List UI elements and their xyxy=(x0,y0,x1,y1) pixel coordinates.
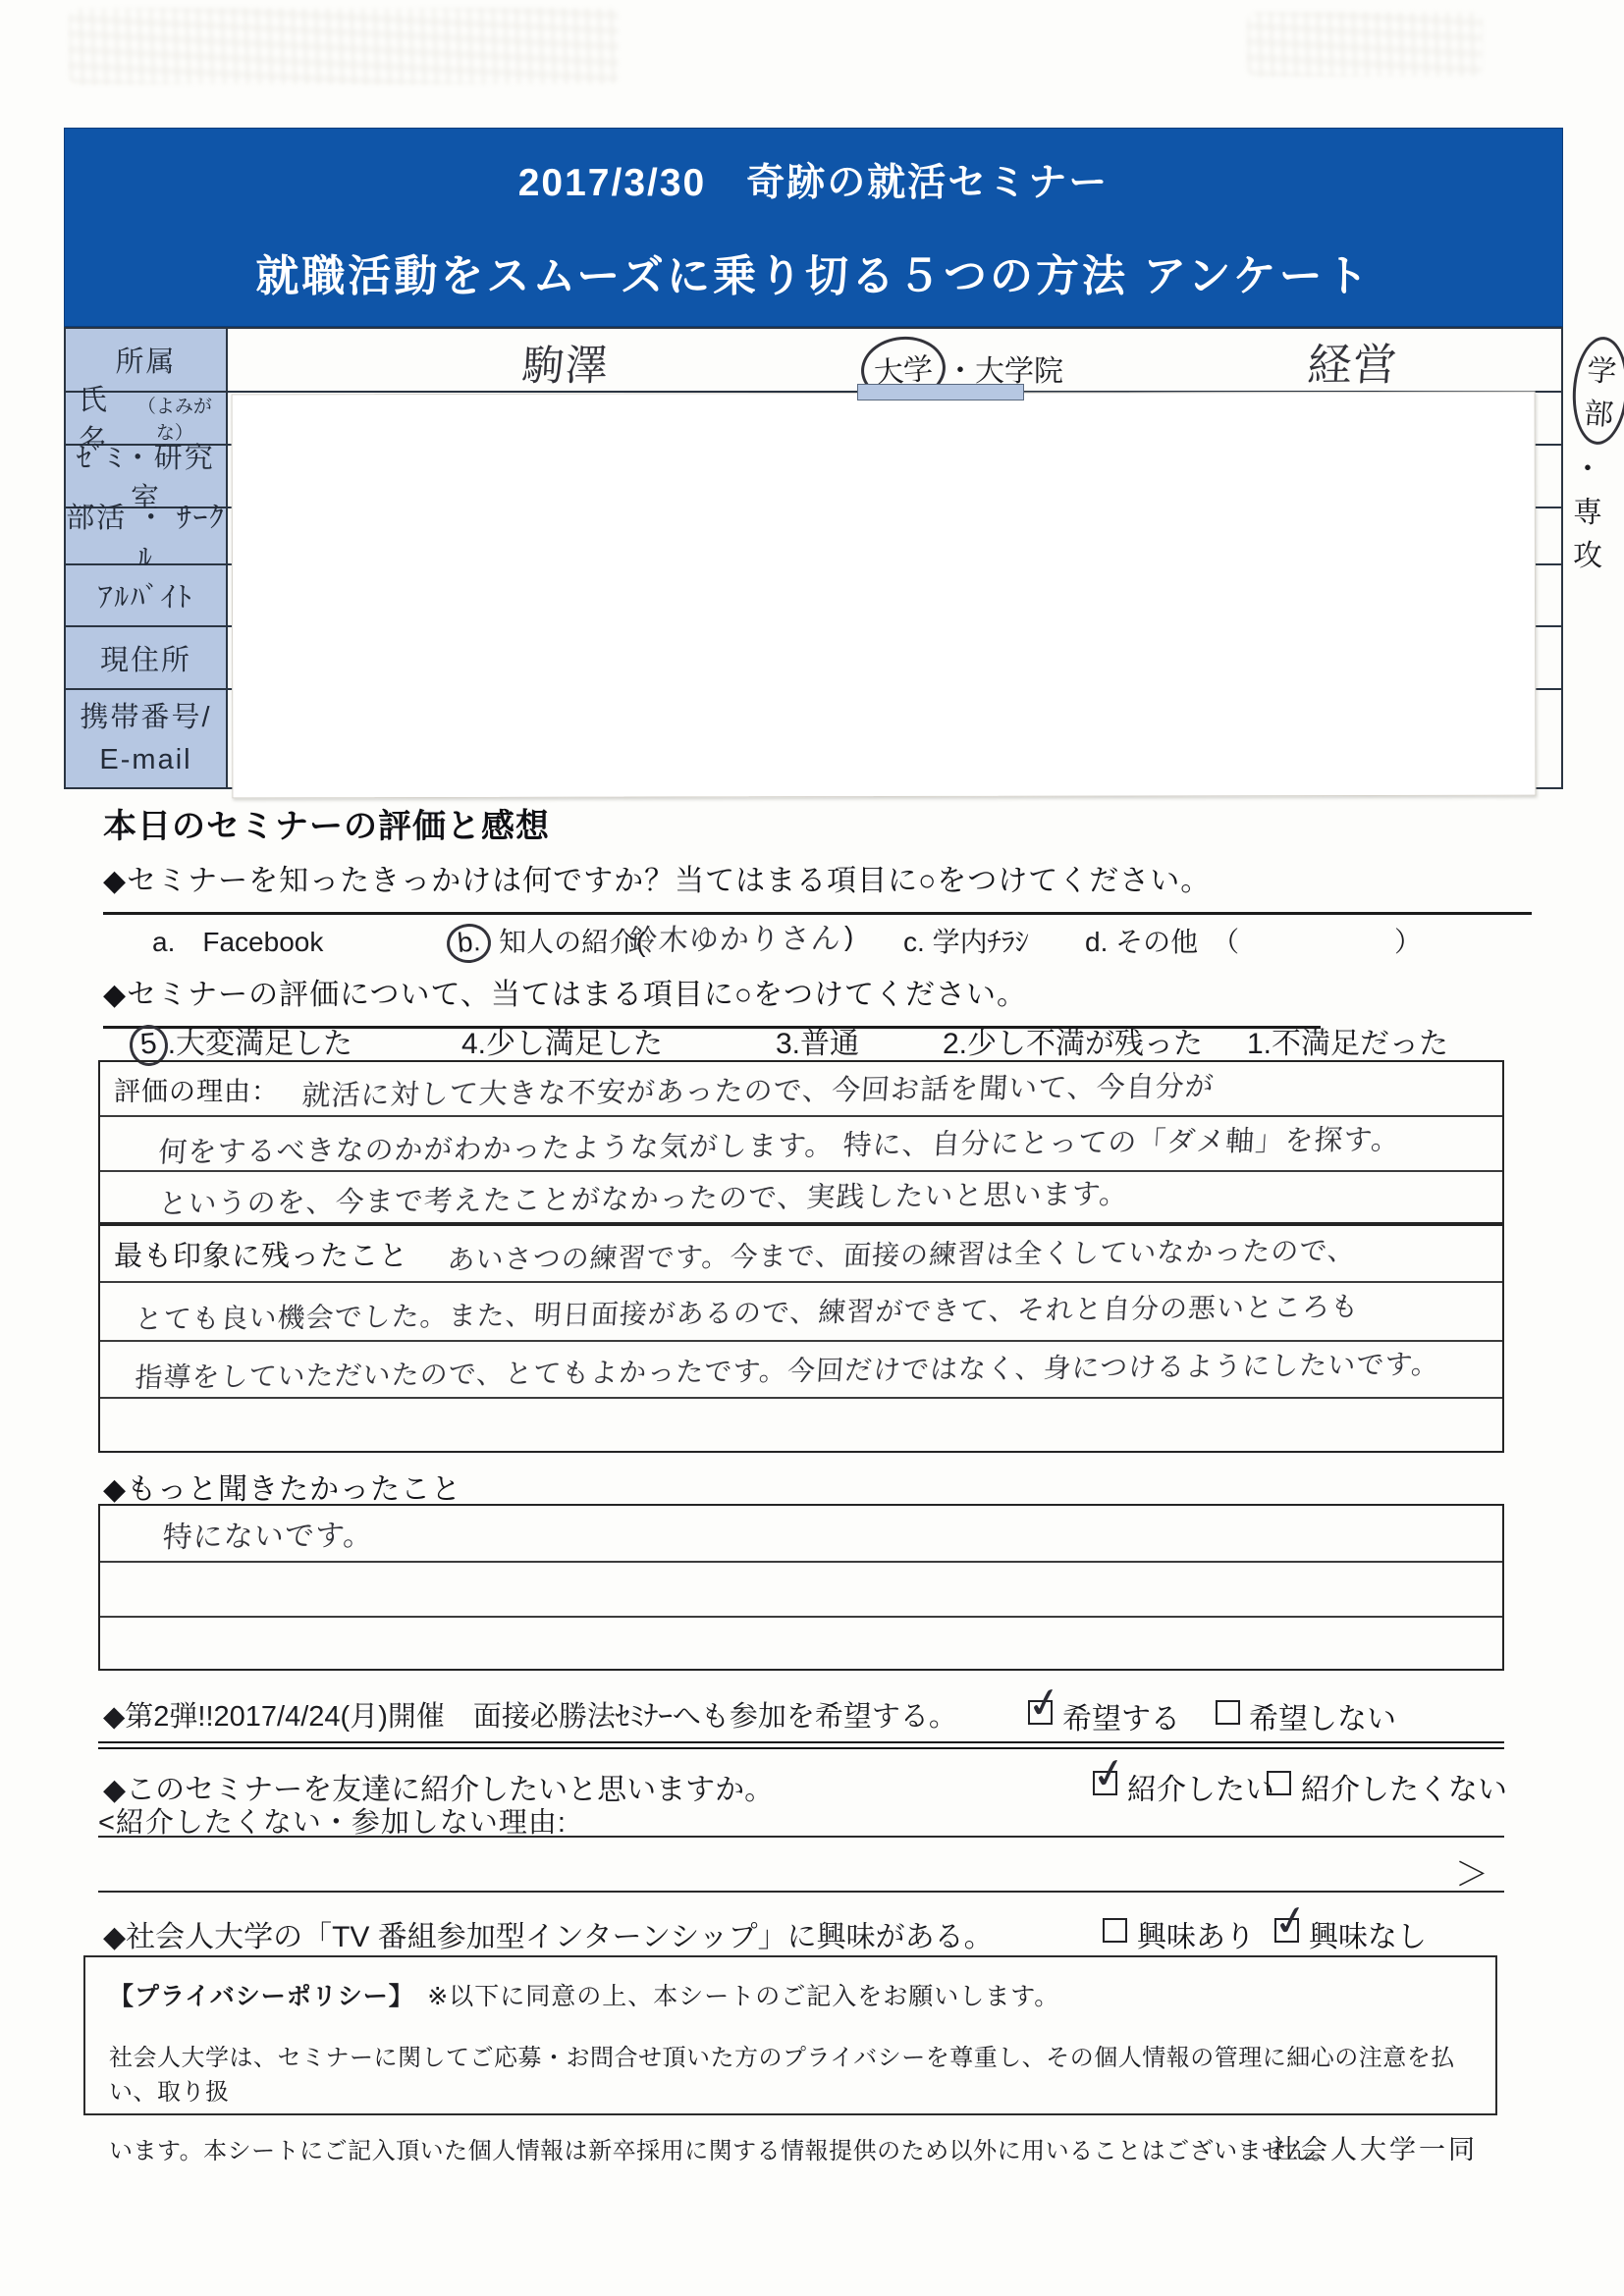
decline-reason-line-1 xyxy=(98,1836,1504,1838)
handwritten-impression-3: 指導をしていただいたので、とてもよかったです。今回だけではなく、身につけるように… xyxy=(134,1343,1440,1396)
option-b: b. 知人の紹介( xyxy=(447,921,645,963)
privacy-body-1: 社会人大学は、セミナーに関してご応募・お問合せ頂いた方のプライバシーを尊重し、そ… xyxy=(109,2038,1472,2107)
impression-label: 最も印象に残ったこと xyxy=(100,1234,408,1274)
table-cell-fragment xyxy=(857,384,1024,400)
table-row-affiliation: 所属 駒澤 大学・大学院 経営 学部・専攻 xyxy=(66,329,1561,393)
participate-no-label: 希望しない xyxy=(1249,1694,1396,1737)
feedback-section-heading: 本日のセミナーの評価と感想 xyxy=(103,799,550,847)
option-a: a. Facebook xyxy=(152,921,323,960)
impression-row-1: 最も印象に残ったこと あいさつの練習です。今まで、面接の練習は全くしていなかった… xyxy=(100,1226,1502,1283)
checkbox-interest-yes xyxy=(1103,1918,1127,1943)
scan-bleed-artifact xyxy=(69,8,619,84)
hand-circle-dept: 学部 xyxy=(1569,335,1624,447)
checkbox-referral-yes: ✓ xyxy=(1093,1771,1117,1795)
privacy-title: 【プライバシーポリシー】 xyxy=(109,1983,402,2010)
handwritten-university: 駒澤 xyxy=(520,333,611,394)
option-b-close: ) xyxy=(844,921,853,952)
handwritten-arrow: ＞ xyxy=(1455,1847,1489,1896)
second-seminar-prompt: ◆第2弾!!2017/4/24(月)開催 面接必勝法ｾﾐﾅｰへも参加を希望する。 xyxy=(103,1694,957,1735)
questionnaire-subtitle: 就職活動をスムーズに乗り切る５つの方法 アンケート xyxy=(65,240,1562,303)
option-d-close: ） xyxy=(1394,921,1422,960)
scale-3: 3.普通 xyxy=(776,1019,859,1062)
impression-row-2: とても良い機会でした。また、明日面接があるので、練習ができて、それと自分の悪いと… xyxy=(100,1283,1502,1342)
seminar-title: 2017/3/30 奇跡の就活セミナー xyxy=(65,152,1562,207)
interest-no-label: 興味なし xyxy=(1309,1912,1427,1955)
q-source-prompt: ◆セミナーを知ったきっかけは何ですか？当てはまる項目に○をつけてください。 xyxy=(103,856,1532,915)
reason-row-2: 何をするべきなのかがわかったような気がします。 特に、自分にとっての「ダメ軸」を… xyxy=(100,1117,1502,1172)
checkbox-referral-no xyxy=(1267,1771,1291,1795)
second-seminar-line: ◆第2弾!!2017/4/24(月)開催 面接必勝法ｾﾐﾅｰへも参加を希望する。… xyxy=(0,1694,1624,1739)
reason-row-3: というのを、今まで考えたことがなかったので、実践したいと思います。 xyxy=(100,1172,1502,1222)
scale-4: 4.少し満足した xyxy=(461,1019,663,1062)
checkbox-interest-no: ✓ xyxy=(1274,1918,1299,1943)
handwritten-referrer-name: 鈴木ゆかりさん xyxy=(627,914,843,959)
check-mark-icon: ✓ xyxy=(1024,1680,1065,1726)
privacy-body-2: います。本シートにご記入頂いた個人情報は新卒採用に関する情報提供のため以外に用い… xyxy=(109,2131,1472,2165)
scanned-questionnaire-page: { "document": { "header": { "title": "20… xyxy=(0,0,1624,2296)
reason-label: 評価の理由： xyxy=(100,1070,279,1108)
impression-row-3: 指導をしていただいたので、とてもよかったです。今回だけではなく、身につけるように… xyxy=(100,1342,1502,1399)
reason-box: 評価の理由： 就活に対して大きな不安があったので、今回お話を聞いて、今自分が 何… xyxy=(98,1060,1504,1224)
option-d: d. その他 （ xyxy=(1085,921,1239,960)
checkbox-participate-no xyxy=(1216,1700,1240,1725)
handwritten-impression-1: あいさつの練習です。今まで、面接の練習は全くしていなかったので、 xyxy=(447,1229,1358,1278)
handwritten-impression-2: とても良い機会でした。また、明日面接があるので、練習ができて、それと自分の悪いと… xyxy=(134,1285,1360,1337)
scale-2: 2.少し不満が残った xyxy=(943,1019,1203,1062)
handwritten-reason-2: 何をするべきなのかがわかったような気がします。 特に、自分にとっての「ダメ軸」を… xyxy=(157,1117,1401,1170)
decline-reason-line-2 xyxy=(98,1891,1504,1893)
reason-row-1: 評価の理由： 就活に対して大きな不安があったので、今回お話を聞いて、今自分が xyxy=(100,1062,1502,1117)
dept-major-options: 学部・専攻 xyxy=(1573,337,1624,574)
affiliation-value: 駒澤 大学・大学院 経営 学部・専攻 xyxy=(228,329,1561,391)
handwritten-reason-3: というのを、今まで考えたことがなかったので、実践したいと思います。 xyxy=(157,1172,1129,1222)
decline-reason-label: <紹介したくない・参加しない理由: xyxy=(98,1800,567,1841)
more-questions-heading: ◆もっと聞きたかったこと xyxy=(103,1465,461,1508)
more-questions-box: 特にないです。 xyxy=(98,1504,1504,1671)
club-label: 部活 ・ ｻｰｸﾙ xyxy=(66,508,228,563)
privacy-title-line: 【プライバシーポリシー】 ※以下に同意の上、本シートのご記入をお願いします。 xyxy=(109,1977,1472,2012)
scan-bleed-artifact xyxy=(1247,12,1483,77)
privacy-policy-box: 【プライバシーポリシー】 ※以下に同意の上、本シートのご記入をお願いします。 社… xyxy=(83,1955,1497,2115)
check-mark-icon: ✓ xyxy=(1089,1750,1130,1796)
address-label: 現住所 xyxy=(66,627,228,688)
more-row-1: 特にないです。 xyxy=(100,1506,1502,1563)
q-source-options: a. Facebook b. 知人の紹介( 鈴木ゆかりさん ) c. 学内ﾁﾗｼ… xyxy=(0,921,1624,966)
more-row-3 xyxy=(100,1618,1502,1669)
header-banner: 2017/3/30 奇跡の就活セミナー 就職活動をスムーズに乗り切る５つの方法 … xyxy=(64,128,1563,327)
scale-5: 5.大変満足した xyxy=(130,1019,352,1066)
tv-internship-line: ◆社会人大学の「TV 番組参加型インターンシップ」に興味がある。 興味あり ✓ … xyxy=(0,1912,1624,1957)
tv-internship-prompt: ◆社会人大学の「TV 番組参加型インターンシップ」に興味がある。 xyxy=(103,1912,994,1955)
impression-row-4 xyxy=(100,1399,1502,1449)
referral-no-label: 紹介したくない xyxy=(1301,1765,1507,1808)
check-mark-icon: ✓ xyxy=(1271,1897,1312,1944)
participate-yes-label: 希望する xyxy=(1062,1694,1180,1737)
double-rule xyxy=(98,1741,1504,1749)
impression-box: 最も印象に残ったこと あいさつの練習です。今まで、面接の練習は全くしていなかった… xyxy=(98,1224,1504,1453)
scale-1: 1.不満足だった xyxy=(1247,1019,1448,1062)
handwritten-more-answer: 特にないです。 xyxy=(162,1511,375,1556)
major-suffix: ・専攻 xyxy=(1573,454,1602,572)
referral-yes-label: 紹介したい xyxy=(1127,1765,1274,1808)
more-row-2 xyxy=(100,1563,1502,1618)
parttime-label: ｱﾙﾊﾞｲﾄ xyxy=(66,565,228,625)
hand-circle-option-b: b. xyxy=(445,922,493,965)
q-rating-scale: 5.大変満足した 4.少し満足した 3.普通 2.少し不満が残った 1.不満足だ… xyxy=(0,1019,1624,1064)
option-c: c. 学内ﾁﾗｼ xyxy=(903,921,1029,960)
interest-yes-label: 興味あり xyxy=(1137,1912,1255,1955)
checkbox-participate-yes: ✓ xyxy=(1028,1700,1053,1725)
phone-email-label: 携帯番号/E-mail xyxy=(66,690,228,787)
handwritten-reason-1: 就活に対して大きな不安があったので、今回お話を聞いて、今自分が xyxy=(300,1064,1216,1114)
privacy-note: ※以下に同意の上、本シートのご記入をお願いします。 xyxy=(402,1983,1059,2010)
handwritten-major: 経営 xyxy=(1306,329,1400,394)
redaction-overlay xyxy=(232,392,1537,799)
